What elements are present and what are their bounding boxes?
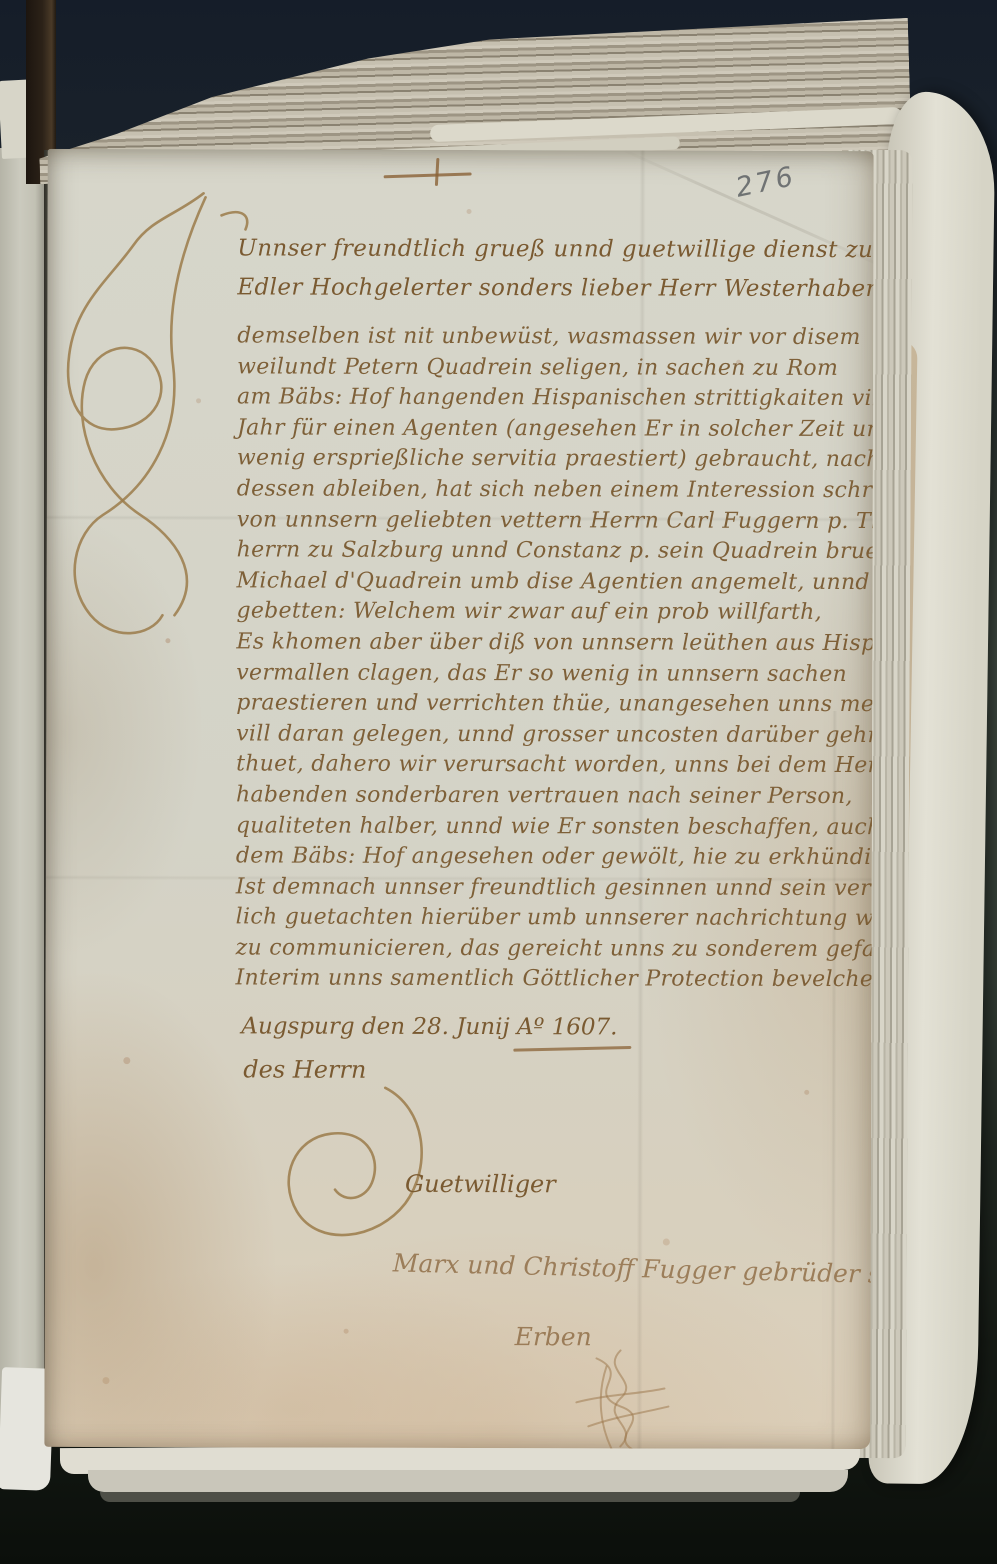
manuscript-line: wenig ersprießliche servitia praestiert)… — [237, 444, 874, 476]
manuscript-line: lich guetachten hierüber umb unnserer na… — [236, 903, 874, 935]
manuscript-line: qualiteten halber, unnd wie Er sonsten b… — [236, 811, 874, 843]
manuscript-line: herrn zu Salzburg unnd Constanz p. sein … — [237, 536, 874, 568]
manuscript-line: am Bäbs: Hof hangenden Hispanischen stri… — [237, 383, 874, 415]
folio-number: 276 — [733, 161, 799, 204]
manuscript-line: von unnsern geliebten vettern Herrn Carl… — [237, 505, 874, 537]
calligraphic-initial-flourish — [54, 185, 255, 646]
manuscript-line: Es khomen aber über diß von unnsern leüt… — [236, 627, 873, 659]
manuscript-line: thuet, dahero wir verursacht worden, unn… — [236, 750, 874, 782]
manuscript-page: 276 Unnser freundtlich grueß unnd guetwi… — [44, 149, 873, 1449]
manuscript-line: gebetten: Welchem wir zwar auf ein prob … — [236, 597, 873, 629]
year-underline — [513, 1046, 631, 1051]
manuscript-line: demselben ist nit unbewüst, wasmassen wi… — [237, 321, 874, 353]
manuscript-line: Michael d'Quadrein umb dise Agentien ang… — [237, 566, 874, 598]
manuscript-line: dem Bäbs: Hof angesehen oder gewölt, hie… — [236, 842, 874, 874]
closing-line: Guetwilliger — [405, 1170, 556, 1198]
manuscript-line: vermallen clagen, das Er so wenig in unn… — [236, 658, 873, 690]
manuscript-line: Edler Hochgelerter sonders lieber Herr W… — [237, 268, 873, 309]
signature-line: Marx und Christoff Fugger gebrüder sel: — [393, 1248, 874, 1289]
collation-cross-icon — [435, 158, 439, 186]
salutation-block: Unnser freundtlich grueß unnd guetwillig… — [237, 229, 873, 309]
under-sheet-shadow — [100, 1492, 800, 1502]
manuscript-line: Ist demnach unnser freundtlich gesinnen … — [236, 872, 874, 904]
manuscript-line: weilundt Petern Quadrein seligen, in sac… — [237, 352, 874, 384]
manuscript-line: Interim unns samentlich Göttlicher Prote… — [235, 964, 873, 996]
manuscript-line: dessen ableiben, hat sich neben einem In… — [237, 474, 874, 506]
under-sheet-edge — [88, 1470, 848, 1492]
letter-body-block: demselben ist nit unbewüst, wasmassen wi… — [235, 321, 873, 996]
dateline: Augspurg den 28. Junij Aº 1607. — [241, 1013, 617, 1040]
archive-manuscript-photo: 276 Unnser freundtlich grueß unnd guetwi… — [0, 0, 997, 1564]
manuscript-line: praestieren und verrichten thüe, unanges… — [236, 689, 873, 721]
foxing-spots — [48, 149, 51, 152]
manuscript-line: habenden sonderbaren vertrauen nach sein… — [236, 780, 874, 812]
manuscript-line: Jahr für einen Agenten (angesehen Er in … — [237, 413, 874, 445]
manuscript-line: zu communicieren, das gereicht unns zu s… — [236, 933, 874, 965]
collation-cross-icon — [384, 172, 472, 178]
manuscript-line: Unnser freundtlich grueß unnd guetwillig… — [237, 229, 873, 270]
manuscript-line: vill daran gelegen, unnd grosser uncoste… — [236, 719, 874, 751]
facing-page-edge — [0, 148, 44, 1478]
signature-paraph-knot — [536, 1346, 696, 1449]
